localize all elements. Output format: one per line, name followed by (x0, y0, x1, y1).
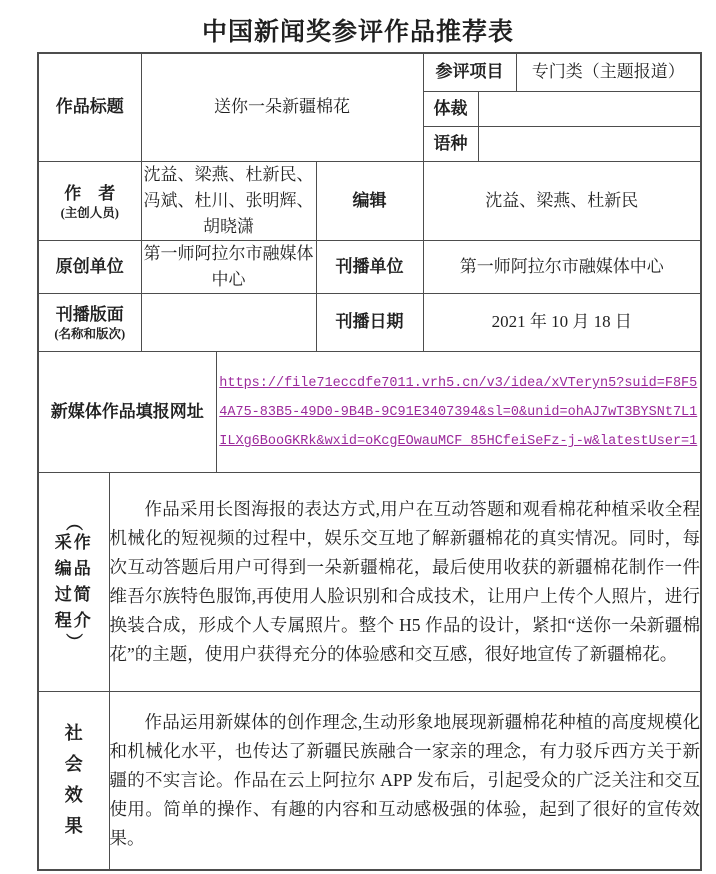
new-media-url-value-cell: https://file71eccdfe7011.vrh5.cn/v3/idea… (216, 351, 701, 472)
process-intro-text: 作品采用长图海报的表达方式,用户在互动答题和观看棉花种植采收全程机械化的短视频的… (110, 495, 701, 669)
process-intro-label: （ 采作 编品 过简 程介 ） (39, 515, 109, 649)
work-title-label: 作品标题 (56, 97, 124, 116)
social-effect-text-cell: 作品运用新媒体的创作理念,生动形象地展现新疆棉花种植的高度规模化和机械化水平，也… (109, 691, 701, 870)
editor-value-cell: 沈益、梁燕、杜新民 (423, 161, 701, 240)
work-title-label-cell: 作品标题 (38, 53, 141, 161)
genre-label: 体裁 (434, 99, 468, 118)
original-unit-label-cell: 原创单位 (38, 240, 141, 293)
editor-label: 编辑 (353, 191, 387, 210)
entry-category-label-cell: 参评项目 (423, 53, 516, 91)
social-effect-label: 社 会 效 果 (39, 718, 109, 842)
social-effect-text: 作品运用新媒体的创作理念,生动形象地展现新疆棉花种植的高度规模化和机械化水平，也… (110, 708, 701, 853)
authors-label: 作 者 (64, 184, 115, 203)
editor-value: 沈益、梁燕、杜新民 (485, 191, 638, 210)
language-label: 语种 (434, 134, 468, 153)
process-intro-label-cell: （ 采作 编品 过简 程介 ） (38, 472, 109, 691)
work-title-value: 送你一朵新疆棉花 (214, 97, 350, 116)
new-media-url-label: 新媒体作品填报网址 (51, 402, 204, 421)
page-title: 中国新闻奖参评作品推荐表 (0, 12, 716, 48)
publish-unit-label: 刊播单位 (336, 257, 404, 276)
original-unit-value: 第一师阿拉尔市融媒体中心 (144, 244, 314, 289)
entry-category-value: 专门类（主题报道） (532, 62, 685, 81)
authors-label-cell: 作 者 (主创人员) (38, 161, 141, 240)
original-unit-value-cell: 第一师阿拉尔市融媒体中心 (141, 240, 316, 293)
publish-page-label-cell: 刊播版面 (名称和版次) (38, 293, 141, 351)
genre-label-cell: 体裁 (423, 91, 478, 126)
language-value-cell (478, 126, 701, 161)
recommendation-form-table: 作品标题 送你一朵新疆棉花 参评项目 专门类（主题报道） 体裁 语种 作 者 (37, 52, 702, 871)
bracket-open: （ (66, 514, 81, 531)
publish-date-label: 刊播日期 (336, 312, 404, 331)
language-label-cell: 语种 (423, 126, 478, 161)
editor-label-cell: 编辑 (316, 161, 423, 240)
genre-value-cell (478, 91, 701, 126)
publish-page-value-cell (141, 293, 316, 351)
authors-value-cell: 沈益、梁燕、杜新民、冯斌、杜川、张明辉、胡晓潇 (141, 161, 316, 240)
publish-page-sublabel: (名称和版次) (39, 326, 141, 342)
social-effect-label-cell: 社 会 效 果 (38, 691, 109, 870)
publish-unit-value: 第一师阿拉尔市融媒体中心 (460, 257, 664, 276)
publish-date-label-cell: 刊播日期 (316, 293, 423, 351)
publish-date-value: 2021 年 10 月 18 日 (492, 312, 632, 331)
entry-category-label: 参评项目 (436, 62, 504, 81)
work-title-value-cell: 送你一朵新疆棉花 (141, 53, 423, 161)
publish-date-value-cell: 2021 年 10 月 18 日 (423, 293, 701, 351)
publish-page-label: 刊播版面 (56, 305, 124, 324)
bracket-close: ） (66, 633, 81, 650)
authors-value: 沈益、梁燕、杜新民、冯斌、杜川、张明辉、胡晓潇 (144, 165, 314, 236)
publish-unit-value-cell: 第一师阿拉尔市融媒体中心 (423, 240, 701, 293)
entry-category-value-cell: 专门类（主题报道） (516, 53, 701, 91)
recommendation-form-page: { "page_title": "中国新闻奖参评作品推荐表", "colors"… (0, 0, 716, 874)
entry-url-link[interactable]: https://file71eccdfe7011.vrh5.cn/v3/idea… (219, 376, 697, 449)
authors-sublabel: (主创人员) (39, 205, 141, 221)
original-unit-label: 原创单位 (56, 257, 124, 276)
publish-unit-label-cell: 刊播单位 (316, 240, 423, 293)
process-intro-text-cell: 作品采用长图海报的表达方式,用户在互动答题和观看棉花种植采收全程机械化的短视频的… (109, 472, 701, 691)
new-media-url-label-cell: 新媒体作品填报网址 (38, 351, 216, 472)
